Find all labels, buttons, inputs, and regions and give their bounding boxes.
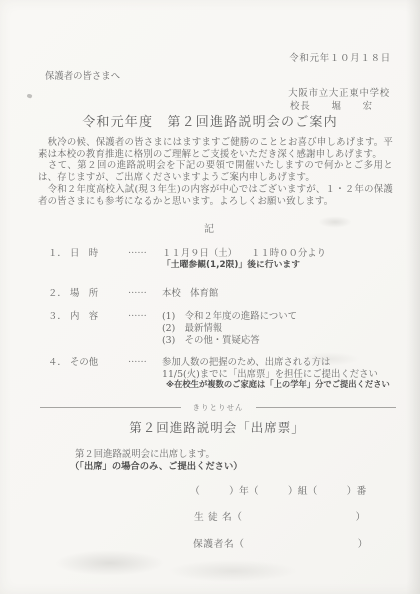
cut-line: きりとりせん: [40, 401, 396, 413]
class-grade-number-line: （ ）年（ ）組（ ）番: [190, 483, 366, 497]
principal-name: 校長 堀 宏: [290, 98, 373, 112]
cut-line-label: きりとりせん: [193, 402, 244, 413]
body-text: 秋冷の候、保護者の皆さまにはますますご健勝のこととお喜び申しあげます。平素は本校…: [38, 137, 393, 207]
slip-title: 第２回進路説明会「出席票」: [0, 418, 420, 436]
body-paragraph-audience: 令和２年度高校入試(現３年生)の内容が中心ではございますが、１・２年の保護者の皆…: [38, 184, 393, 207]
scan-smudge: [55, 550, 165, 576]
item-number: ３．: [48, 308, 70, 322]
cut-line-left-segment: [40, 407, 181, 408]
scan-edge-shading: [406, 0, 420, 594]
scan-smudge: [168, 560, 298, 582]
contents-line-3: (3) その他・質疑応答: [162, 332, 260, 346]
leader-dots: ……: [128, 354, 162, 368]
guardian-name-field: 保護者名（ ）: [193, 536, 368, 550]
item-label-place: 場 所: [70, 285, 128, 299]
datetime-note-bold: 「土曜参観(1,2限)」後に行います: [162, 257, 300, 270]
leader-dots: ……: [128, 245, 162, 259]
list-item-place: ２． 場 所 …… 本校 体育館: [48, 285, 404, 299]
item-label-contents: 内 容: [70, 308, 128, 322]
item-number: ４．: [48, 354, 70, 368]
place-value: 本校 体育館: [162, 285, 404, 299]
issue-date: 令和元年１０月１８日: [289, 50, 391, 64]
student-name-field: 生 徒 名（ ）: [194, 509, 366, 523]
body-paragraph-invitation: さて、第２回の進路説明会を下記の要領で開催いたしますので何かとご多用とは、存じま…: [38, 160, 393, 183]
school-name: 大阪市立大正東中学校: [288, 85, 390, 99]
item-label-other: その他: [70, 354, 128, 368]
leader-dots: ……: [128, 308, 162, 322]
document-title: 令和元年度 第２回進路説明会のご案内: [0, 111, 420, 130]
slip-condition-note: （「出席」の場合のみ、ご提出ください）: [70, 458, 243, 472]
scanned-letter-page: 令和元年１０月１８日 保護者の皆さまへ 大阪市立大正東中学校 校長 堀 宏 令和…: [0, 0, 420, 594]
scan-speck: [26, 93, 32, 99]
record-heading: 記: [0, 220, 420, 235]
item-number: ２．: [48, 285, 70, 299]
list-item-contents: ３． 内 容 …… (1) 令和２年度の進路について: [48, 308, 404, 322]
item-label-datetime: 日 時: [70, 245, 128, 259]
leader-dots: ……: [128, 285, 162, 299]
body-paragraph-greeting: 秋冷の候、保護者の皆さまにはますますご健勝のこととお喜び申しあげます。平素は本校…: [38, 137, 393, 160]
cut-line-right-segment: [256, 407, 397, 408]
salutation: 保護者の皆さまへ: [45, 68, 120, 82]
other-note-bold: ※在校生が複数のご家庭は「上の学年」分でご提出ください: [166, 378, 390, 390]
item-number: １．: [48, 245, 70, 259]
